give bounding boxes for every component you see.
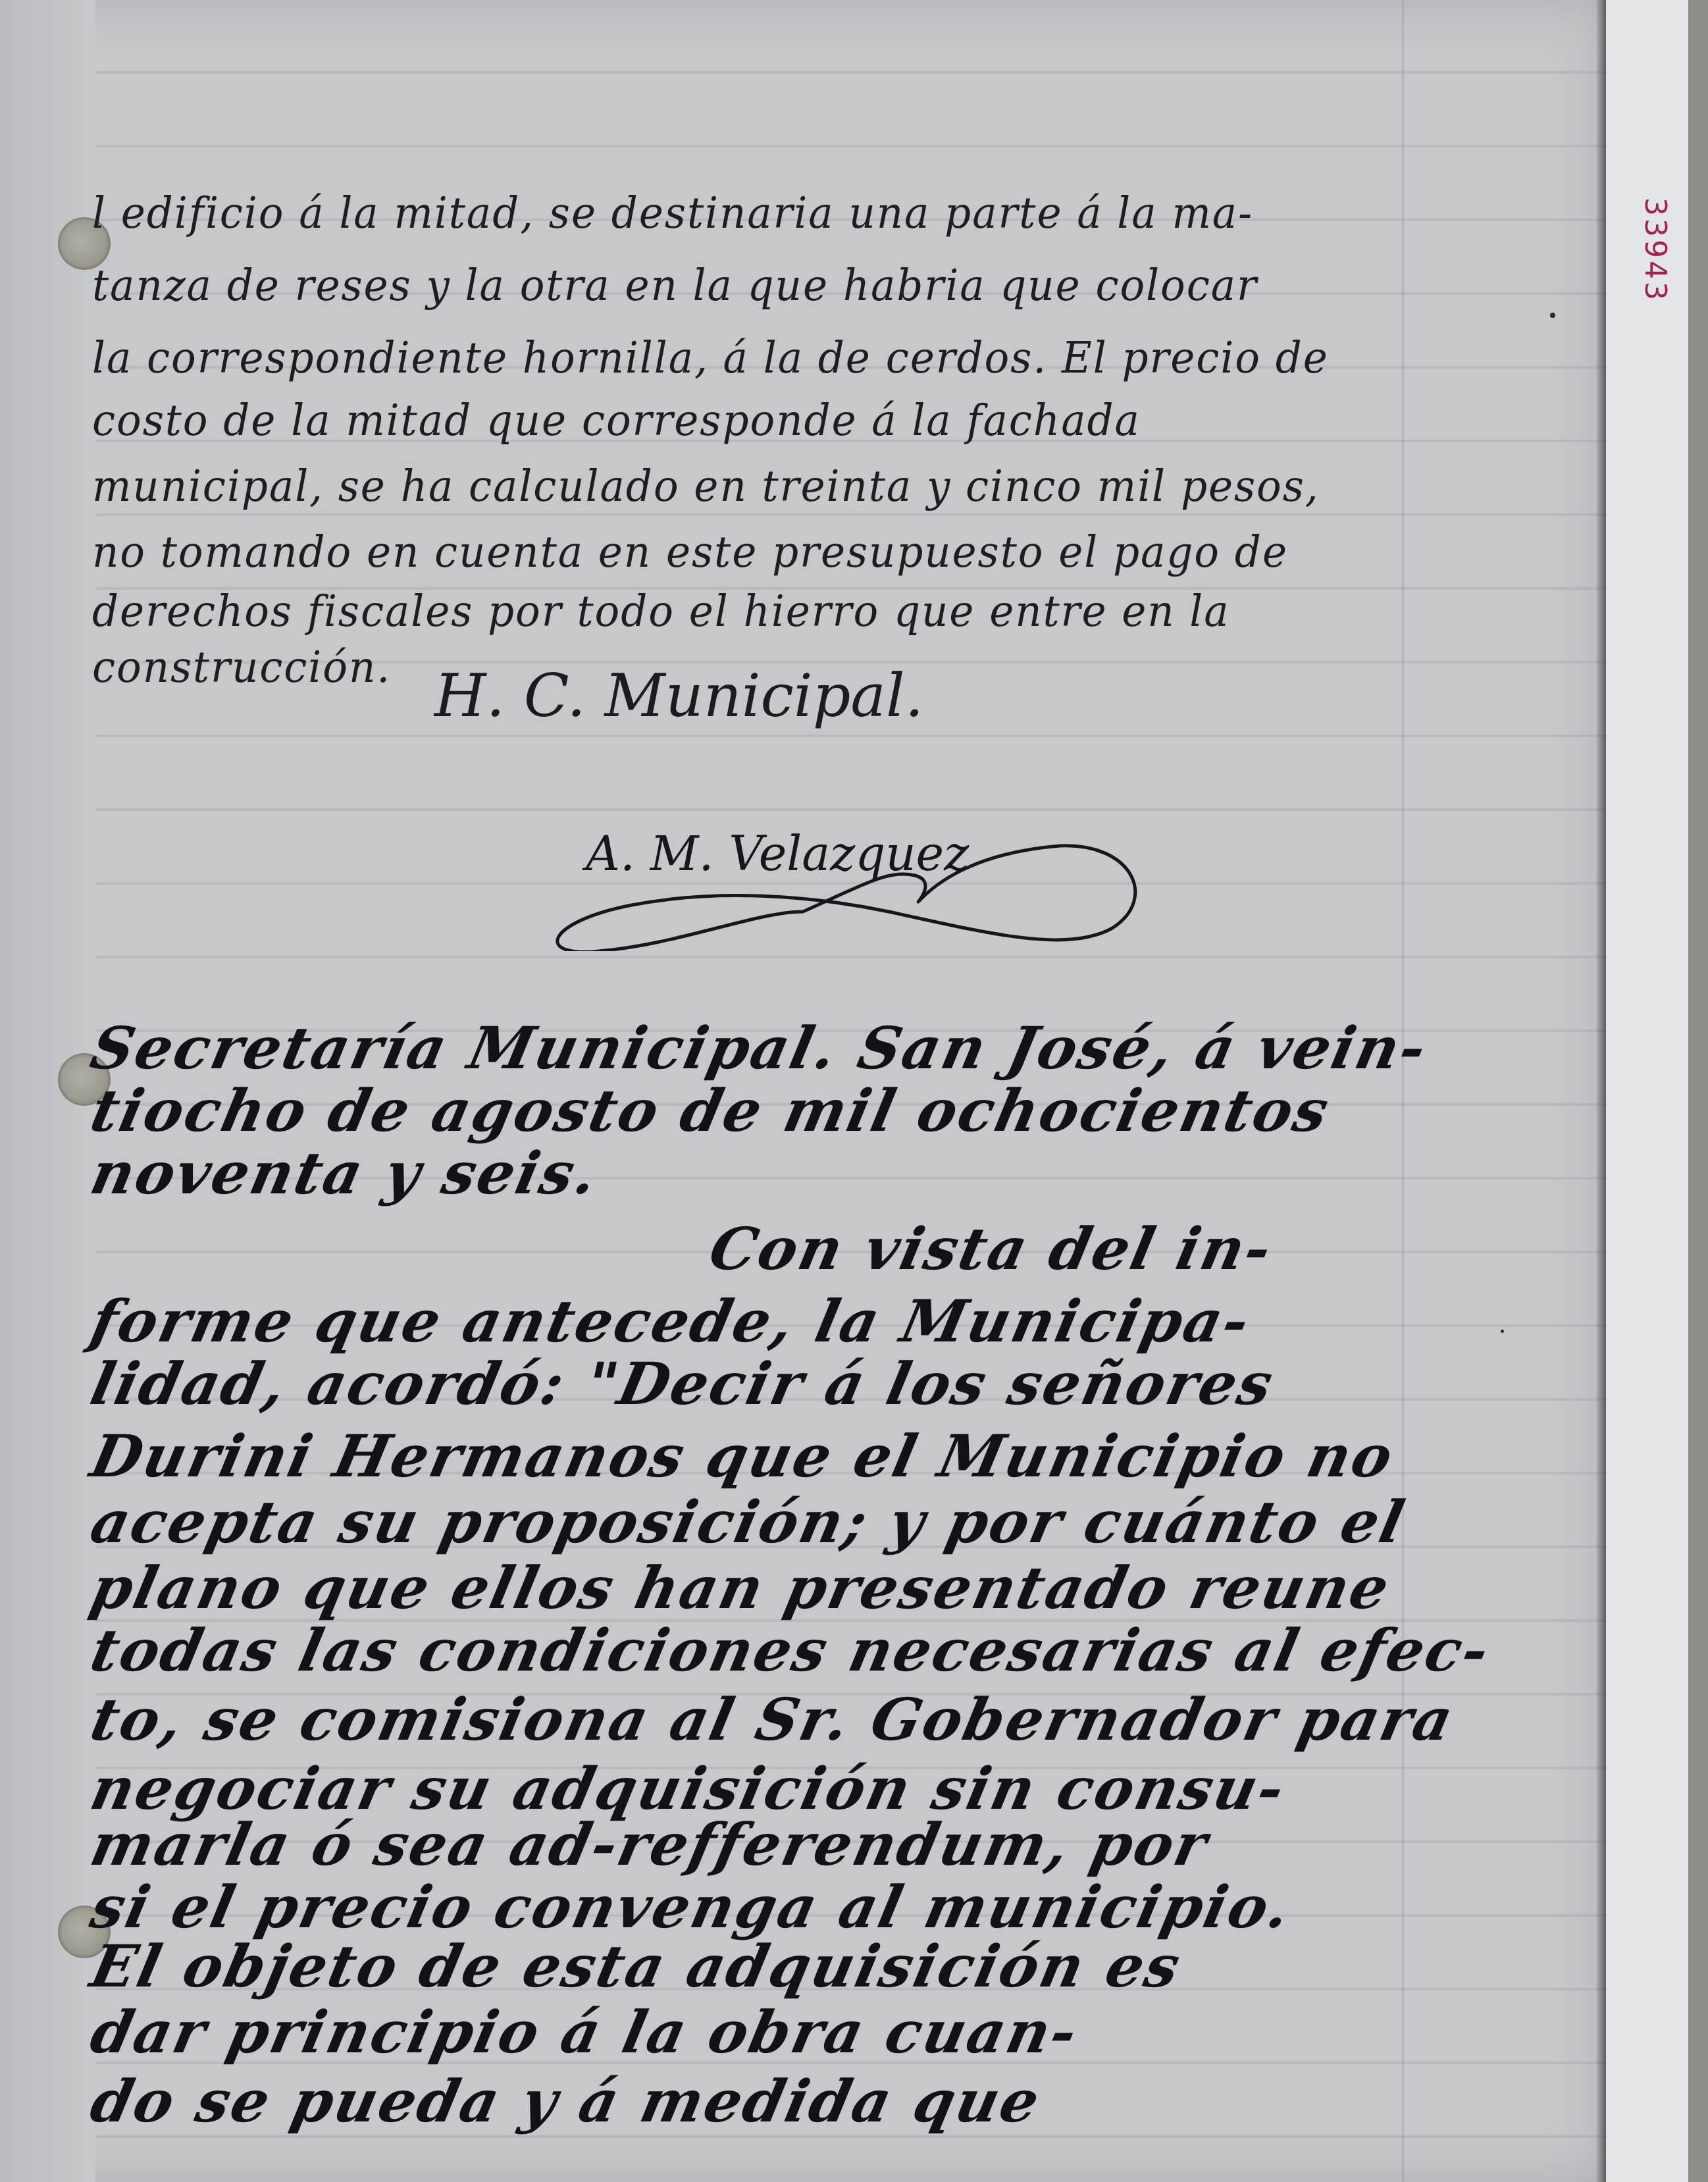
resolution-line: lidad, acordó: "Decir á los señores [85,1349,1281,1418]
signature: A. M. Velazquez [520,806,1152,951]
resolution-line: todas las condiciones necesarias al efec… [85,1616,1497,1684]
resolution-line: noventa y seis. [85,1139,605,1207]
resolution-line: Con vista del in- [704,1214,1279,1283]
resolution-line: acepta su proposición; y por cuánto el [85,1488,1412,1556]
resolution-line: to, se comisiona al Sr. Gobernador para [85,1685,1461,1753]
report-line: no tomando en cuenta en este presupuesto… [92,527,1288,577]
resolution-line: Durini Hermanos que el Municipio no [85,1422,1401,1490]
report-line: l edificio á la mitad, se destinaria una… [92,188,1253,238]
report-line: la correspondiente hornilla, á la de cer… [92,332,1329,383]
document-page: l edificio á la mitad, se destinaria una… [0,0,1606,2182]
resolution-line: dar principio á la obra cuan- [85,1998,1085,2066]
resolution-line: do se pueda y á medida que [85,2067,1047,2135]
report-line: construcción. [92,642,391,692]
report-line: derechos fiscales por todo el hierro que… [92,586,1230,636]
resolution-line: forme que antecede, la Municipa- [85,1287,1257,1355]
resolution-line: Secretaría Municipal. San José, á vein- [85,1014,1434,1082]
resolution-line: plano que ellos han presentado reune [85,1553,1397,1622]
report-line: municipal, se ha calculado en treinta y … [92,461,1320,511]
ink-speck [1550,313,1555,318]
resolution-line: tiocho de agosto de mil ochocientos [85,1076,1336,1145]
resolution-line: El objeto de esta adquisición es [85,1932,1188,2000]
margin-rule [1402,0,1404,2182]
page-fold-shadow [1597,0,1606,2182]
resolution-line: si el precio convenga al municipio. [85,1873,1298,1941]
report-line: tanza de reses y la otra en la que habri… [92,260,1258,311]
report-line: costo de la mitad que corresponde á la f… [92,395,1141,446]
signature-flourish-icon [520,806,1152,951]
resolution-line: marla ó sea ad-refferendum, por [85,1810,1215,1879]
addressee-heading: H. C. Municipal. [434,662,923,731]
ink-speck [1501,1330,1504,1333]
folio-number: 33943 [1632,197,1672,329]
